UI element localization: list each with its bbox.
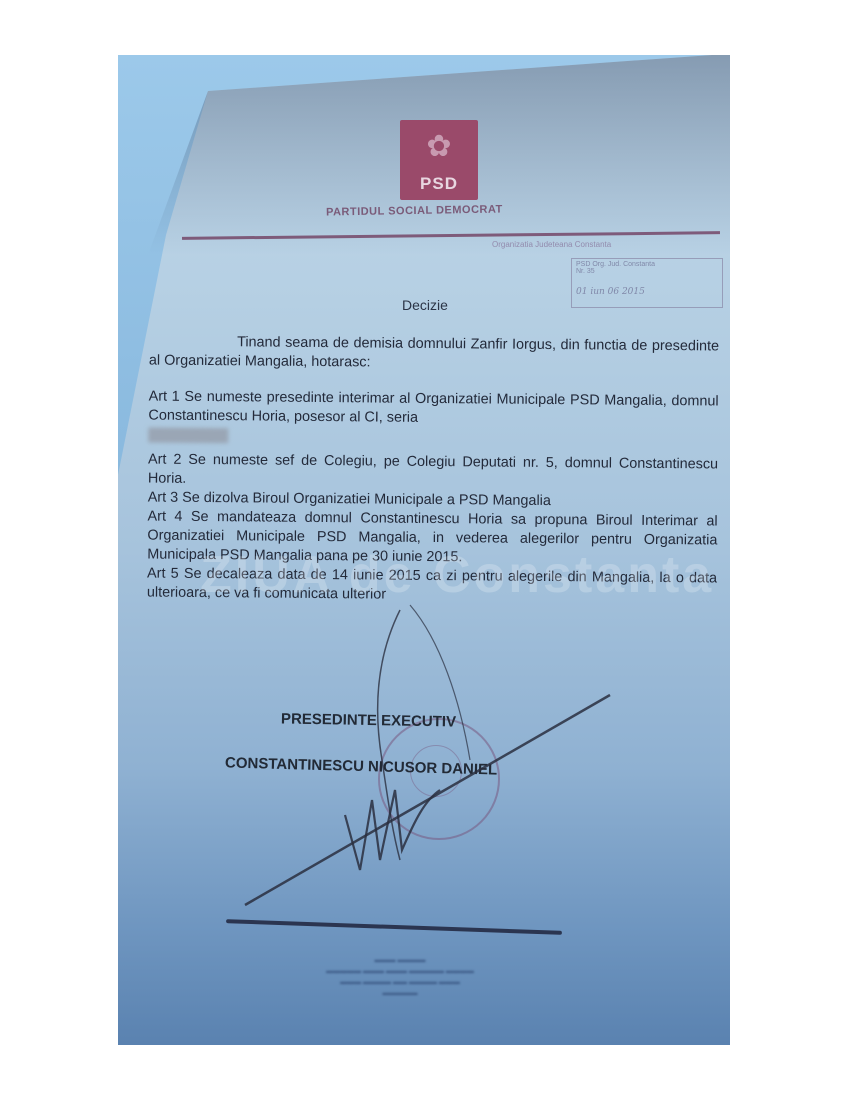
document-title: Decizie [402, 297, 448, 313]
article-text: Se numeste sef de Colegiu, pe Colegiu De… [148, 452, 718, 487]
stamp-line-3: 01 iun 06 2015 [576, 287, 718, 297]
article-1: Art 1 Se numeste presedinte interimar al… [148, 388, 718, 450]
rose-icon: ✿ [420, 128, 458, 166]
article-label: Art 1 [149, 389, 180, 405]
stamp-line-2: Nr. 35 [576, 268, 718, 275]
intro-paragraph: Tinand seama de demisia domnului Zanfir … [149, 333, 719, 376]
article-text: Se numeste presedinte interimar al Organ… [148, 389, 718, 426]
registration-stamp: PSD Org. Jud. Constanta Nr. 35 01 iun 06… [571, 258, 723, 308]
redacted-id [148, 427, 228, 443]
article-label: Art 4 [148, 509, 183, 525]
psd-logo: ✿ PSD [400, 120, 478, 200]
watermark: ZIUA de Constanta [200, 545, 714, 605]
organization-line: Organizatia Judeteana Constanta [492, 240, 611, 249]
signatory-title: PRESEDINTE EXECUTIV [281, 710, 456, 730]
article-label: Art 5 [147, 566, 179, 582]
footer-address: ▬▬▬ ▬▬▬▬ ▬▬▬▬▬ ▬▬▬ ▬▬▬ ▬▬▬▬▬ ▬▬▬▬ ▬▬▬ ▬▬… [230, 955, 570, 999]
article-text: Se dizolva Biroul Organizatiei Municipal… [182, 490, 551, 509]
article-label: Art 3 [148, 490, 179, 506]
logo-text: PSD [420, 174, 458, 194]
article-2: Art 2 Se numeste sef de Colegiu, pe Cole… [148, 451, 718, 494]
stamp-line-1: PSD Org. Jud. Constanta [576, 261, 718, 268]
article-label: Art 2 [148, 452, 181, 468]
